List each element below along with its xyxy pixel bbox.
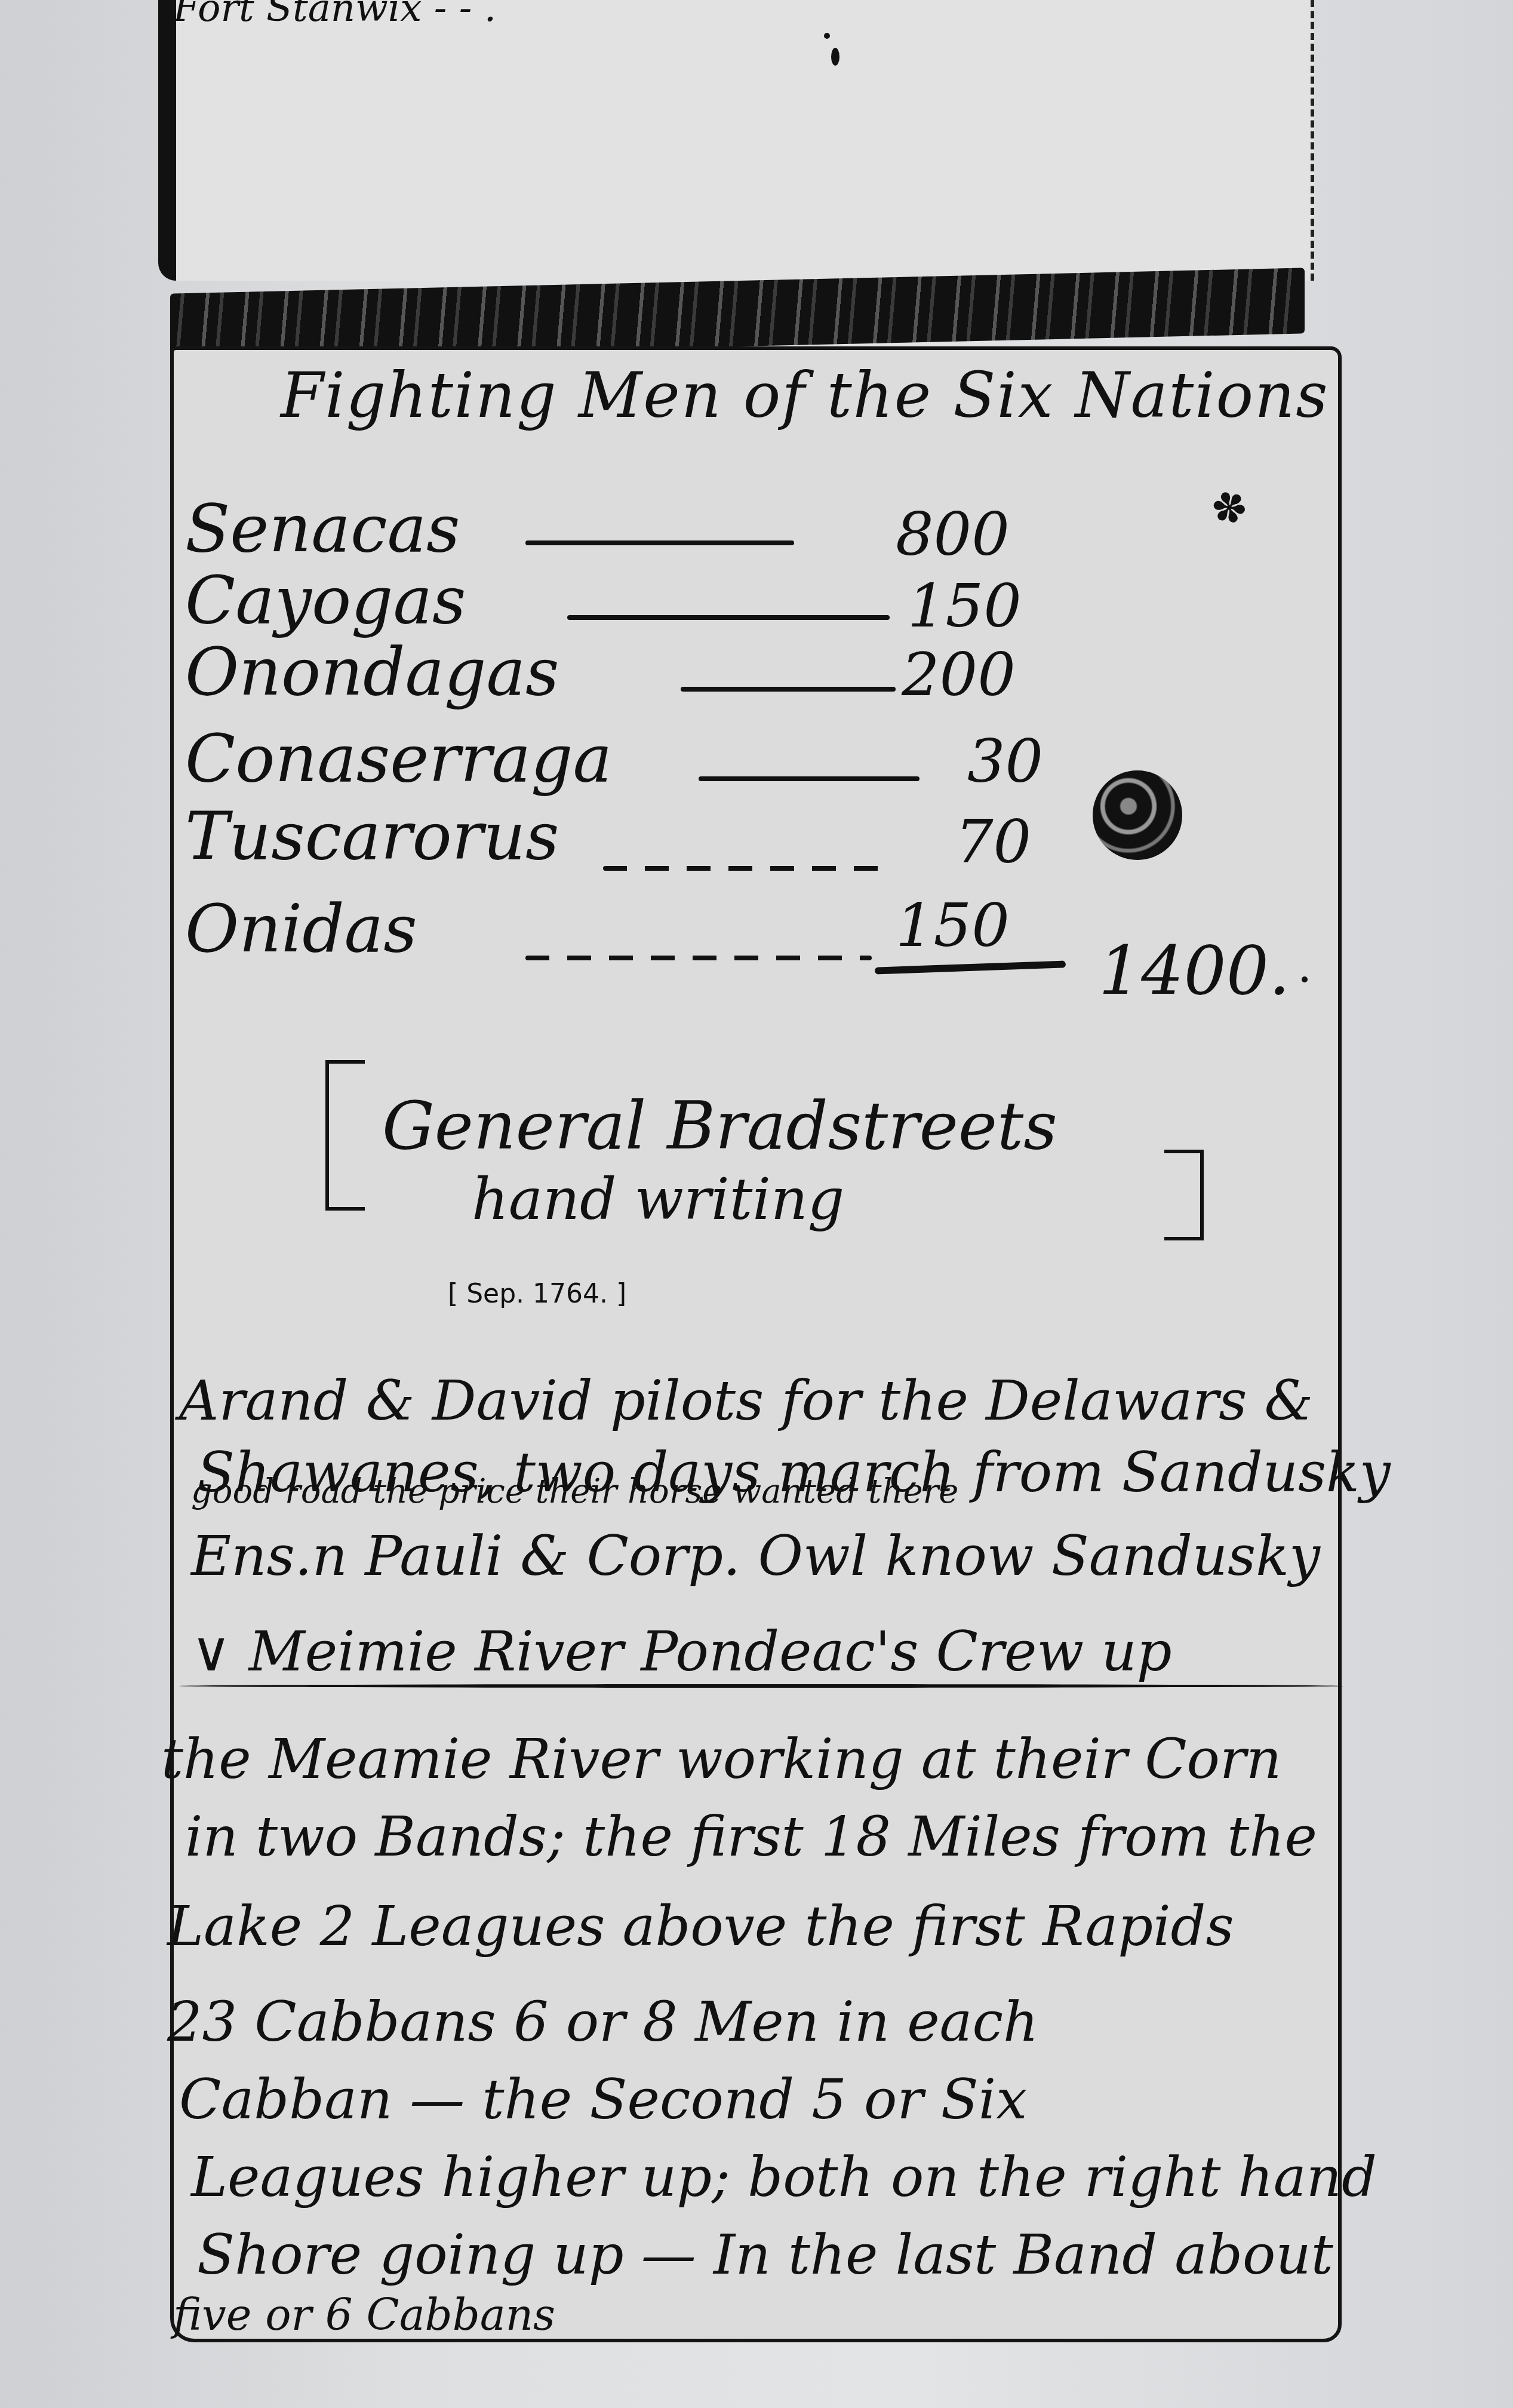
nation-count: 30 (967, 732, 1043, 791)
note-line: Ens.n Pauli & Corp. Owl know Sandusky (191, 1529, 1320, 1584)
right-bracket (1164, 1150, 1204, 1240)
note-line: in two Bands; the first 18 Miles from th… (185, 1810, 1317, 1865)
nation-name: Onondagas (185, 639, 559, 705)
upper-page-caption: Fort Stanwix - - . (173, 0, 496, 27)
ink-blot-seal-icon (1093, 770, 1182, 860)
row-leader-line (603, 866, 896, 871)
ink-speck (831, 48, 839, 66)
upper-notebook-page (158, 0, 1314, 281)
nation-name: Conaserraga (185, 726, 612, 791)
nation-count: 800 (896, 505, 1010, 564)
note-line: the Meamie River working at their Corn (161, 1732, 1281, 1787)
row-leader-line (525, 956, 872, 960)
nation-count: 150 (908, 576, 1022, 636)
nation-name: Tuscarorus (185, 803, 559, 869)
note-line: Leagues higher up; both on the right han… (191, 2150, 1377, 2205)
left-bracket (325, 1060, 365, 1211)
note-line: Cabban — the Second 5 or Six (179, 2072, 1027, 2127)
nation-name: Onidas (185, 896, 417, 962)
interlinear-insert: good road the price their horse wanted t… (191, 1475, 959, 1509)
attribution-line-1: General Bradstreets (382, 1093, 1057, 1159)
notebook-binding (170, 268, 1305, 359)
row-leader-line (525, 540, 794, 545)
attribution-date: [ Sep. 1764. ] (448, 1281, 626, 1307)
note-line: Arand & David pilots for the Delawars & (179, 1374, 1313, 1429)
note-line: Shore going up — In the last Band about (197, 2228, 1333, 2283)
ink-speck (1302, 976, 1308, 982)
nation-count: 150 (896, 896, 1010, 956)
ink-speck (824, 33, 830, 39)
note-line: ∨ Meimie River Pondeac's Crew up (191, 1624, 1172, 1679)
note-line: Lake 2 Leagues above the first Rapids (167, 1899, 1234, 1954)
attribution-line-2: hand writing (472, 1171, 844, 1228)
nation-name: Senacas (185, 496, 460, 561)
section-divider-line (179, 1684, 1343, 1688)
row-leader-line (567, 615, 890, 620)
nation-count: 200 (902, 645, 1016, 705)
page-title: Fighting Men of the Six Nations (281, 364, 1329, 426)
row-leader-line (681, 687, 896, 692)
nation-name: Cayogas (185, 567, 466, 633)
photocopy-sheet: Fort Stanwix - - . Fighting Men of the S… (0, 0, 1513, 2408)
nation-count: 70 (955, 812, 1031, 872)
note-line: five or 6 Cabbans (173, 2293, 555, 2336)
note-line: 23 Cabbans 6 or 8 Men in each (167, 1995, 1038, 2050)
total-count: 1400. (1099, 938, 1290, 1005)
row-leader-line (699, 776, 920, 781)
